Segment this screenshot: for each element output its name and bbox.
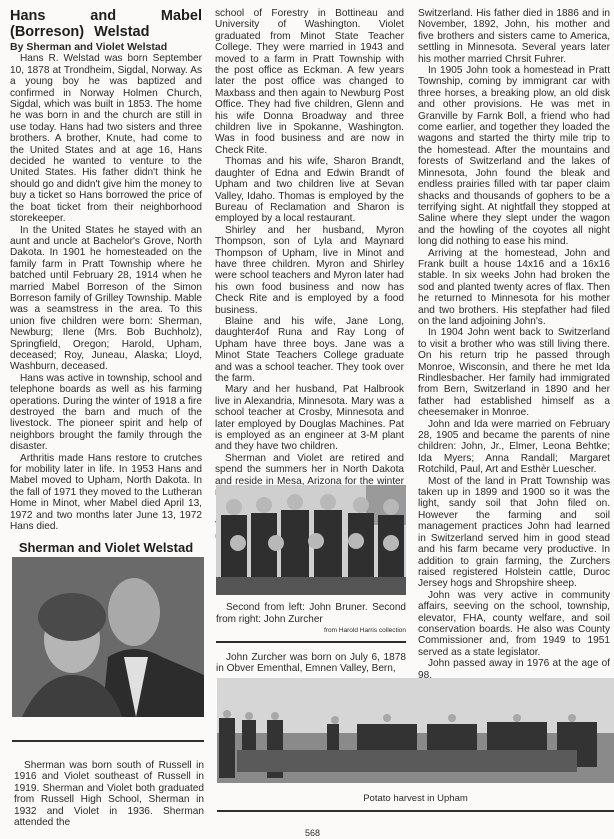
group-photo	[216, 485, 406, 595]
paragraph: school of Forestry in Bottineau and Univ…	[215, 8, 404, 156]
paragraph: Blaine and his wife, Jane Long, daughter…	[215, 316, 404, 384]
portrait-illustration	[12, 557, 204, 717]
column-3: Switzerland. His father died in 1886 and…	[418, 8, 610, 681]
paragraph: Sherman was born south of Russell in 191…	[14, 760, 204, 828]
photo-title-sherman-violet: Sherman and Violet Welstad	[10, 540, 202, 555]
column-1: Hans and Mabel (Borreson) Welstad By She…	[10, 8, 202, 532]
divider	[216, 641, 406, 643]
potato-harvest-illustration	[217, 678, 614, 783]
paragraph: Thomas and his wife, Sharon Brandt, daug…	[215, 156, 404, 224]
paragraph: Mary and her husband, Pat Halbrook live …	[215, 384, 404, 452]
paragraph: Arriving at the homestead, John and Fran…	[418, 248, 610, 328]
column-2: school of Forestry in Bottineau and Univ…	[215, 8, 404, 546]
divider	[217, 810, 614, 812]
paragraph: Shirley and her husband, Myron Thompson,…	[215, 225, 404, 316]
divider	[12, 740, 204, 742]
potato-harvest-photo	[217, 678, 614, 783]
paragraph: Most of the land in Pratt Township was t…	[418, 476, 610, 590]
paragraph: Arthritis made Hans restore to crutches …	[10, 453, 202, 533]
photo-credit: from Harold Harris collection	[216, 627, 406, 634]
portrait-photo	[12, 557, 204, 717]
page-number: 568	[305, 828, 320, 838]
paragraph: Hans was active in township, school and …	[10, 373, 202, 453]
paragraph: In 1905 John took a homestead in Pratt T…	[418, 65, 610, 248]
column-1-continued: Sherman was born south of Russell in 191…	[14, 760, 204, 828]
paragraph: Hans R. Welstad was born September 10, 1…	[10, 53, 202, 224]
paragraph: Switzerland. His father died in 1886 and…	[418, 8, 610, 65]
article-title-welstad: Hans and Mabel (Borreson) Welstad	[10, 8, 202, 40]
group-photo-caption: Second from left: John Bruner. Second fr…	[216, 602, 406, 625]
paragraph: In the United States he stayed with an a…	[10, 225, 202, 373]
paragraph: John was very active in community affair…	[418, 590, 610, 658]
column-2-continued: John Zurcher was born on July 6, 1878 in…	[216, 652, 406, 675]
paragraph: In 1904 John went back to Switzerland to…	[418, 327, 610, 418]
group-photo-illustration	[216, 485, 406, 595]
potato-harvest-caption: Potato harvest in Upham	[217, 793, 614, 805]
article-byline: By Sherman and Violet Welstad	[10, 42, 202, 53]
paragraph: John Zurcher was born on July 6, 1878 in…	[216, 652, 406, 675]
paragraph: John and Ida were married on February 28…	[418, 419, 610, 476]
